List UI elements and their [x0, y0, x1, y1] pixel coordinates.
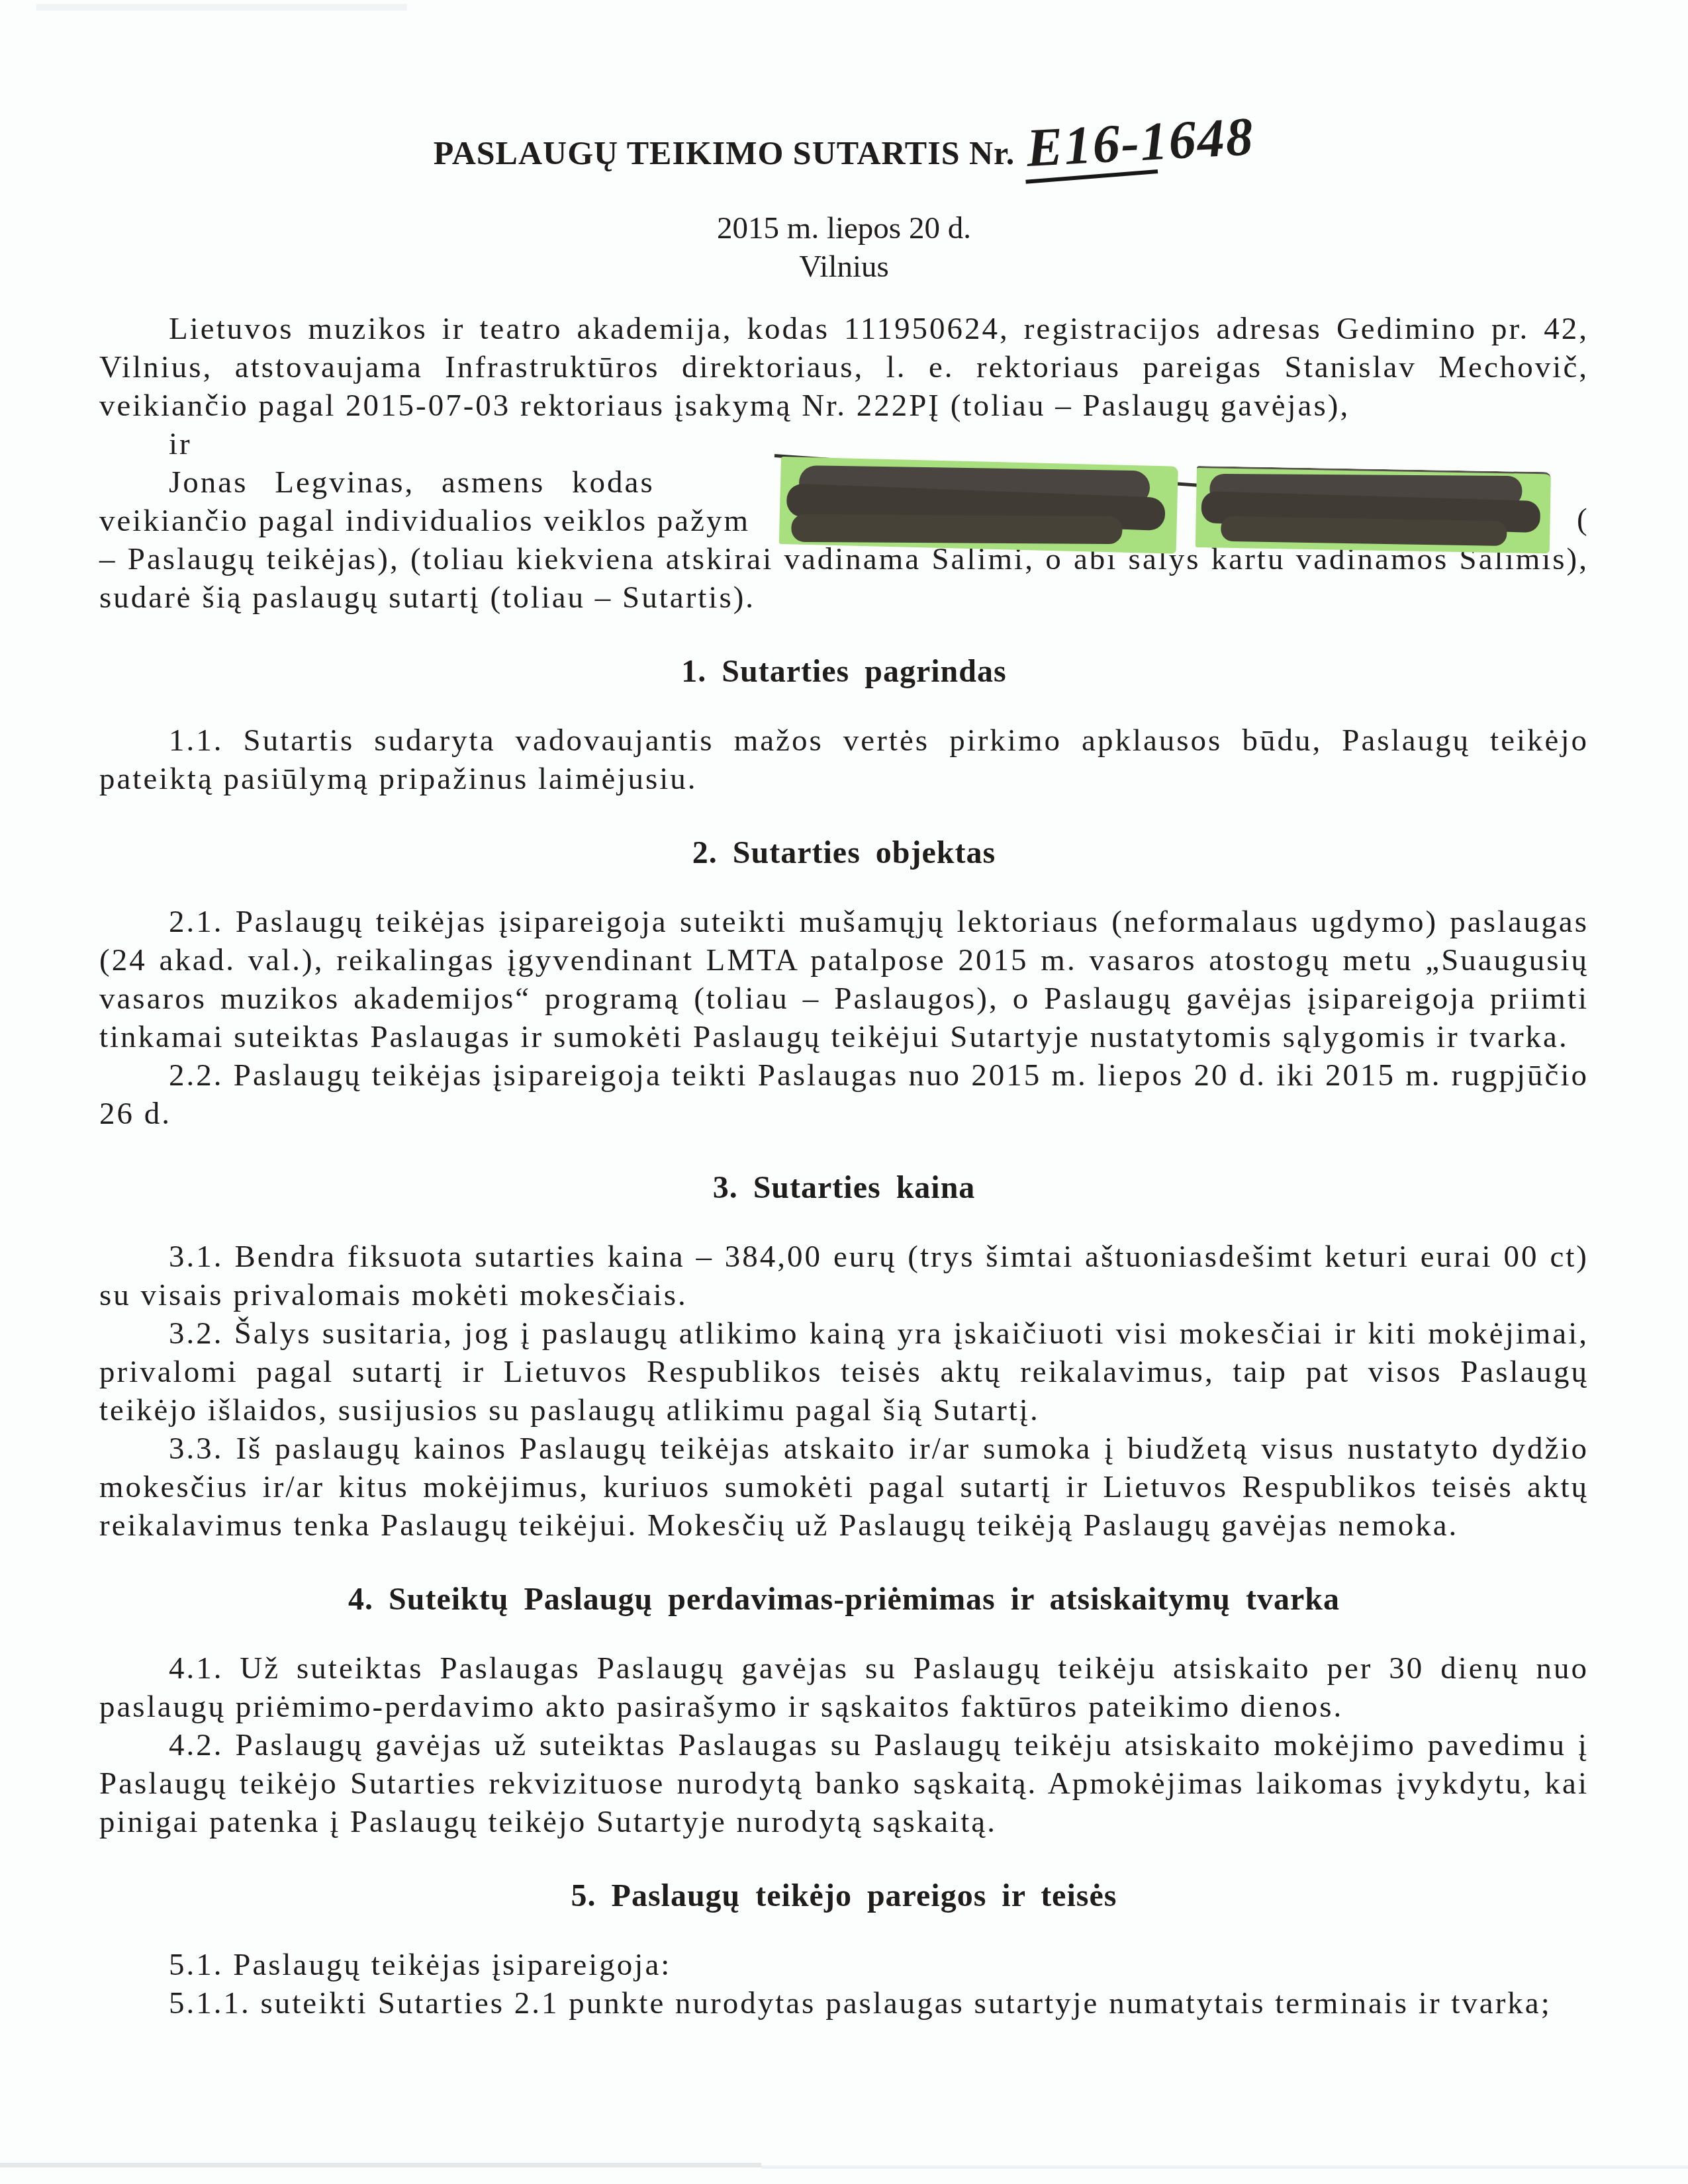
section-2-paragraph-2: 2.2. Paslaugų teikėjas įsipareigoja teik… — [99, 1056, 1589, 1133]
section-4: 4. Suteiktų Paslaugų perdavimas-priėmima… — [99, 1580, 1589, 1841]
section-3-paragraph-3: 3.3. Iš paslaugų kainos Paslaugų teikėja… — [99, 1430, 1589, 1545]
handwritten-contract-number: E16-1648 — [1025, 109, 1256, 175]
scan-artifact-top-edge — [36, 4, 407, 11]
section-5-heading: 5. Paslaugų teikėjo pareigos ir teisės — [99, 1877, 1589, 1915]
section-2-paragraph-1: 2.1. Paslaugų teikėjas įsipareigoja sute… — [99, 903, 1589, 1056]
section-5: 5. Paslaugų teikėjo pareigos ir teisės 5… — [99, 1877, 1589, 2023]
marker-stroke — [1221, 516, 1507, 547]
contract-page: PASLAUGŲ TEIKIMO SUTARTIS Nr. E16-1648 2… — [0, 0, 1688, 2184]
section-1: 1. Sutarties pagrindas 1.1. Sutartis sud… — [99, 653, 1589, 798]
document-city: Vilnius — [99, 248, 1589, 286]
section-3-paragraph-1: 3.1. Bendra fiksuota sutarties kaina – 3… — [99, 1238, 1589, 1314]
section-3: 3. Sutarties kaina 3.1. Bendra fiksuota … — [99, 1169, 1589, 1545]
document-title: PASLAUGŲ TEIKIMO SUTARTIS Nr. — [434, 134, 1015, 171]
section-1-heading: 1. Sutarties pagrindas — [99, 653, 1589, 691]
document-date: 2015 m. liepos 20 d. — [99, 209, 1589, 248]
party2-paragraph: Jonas Legvinas, asmens kodas veikiančio … — [99, 463, 1589, 617]
conjunction-line: ir — [99, 425, 1589, 463]
section-5-paragraph-1: 5.1. Paslaugų teikėjas įsipareigoja: — [99, 1946, 1589, 1984]
document-title-row: PASLAUGŲ TEIKIMO SUTARTIS Nr. E16-1648 — [99, 119, 1589, 180]
section-4-heading: 4. Suteiktų Paslaugų perdavimas-priėmima… — [99, 1580, 1589, 1619]
handwritten-number-text: E16-1648 — [1025, 106, 1256, 178]
section-3-paragraph-2: 3.2. Šalys susitaria, jog į paslaugų atl… — [99, 1314, 1589, 1430]
preamble: Lietuvos muzikos ir teatro akademija, ko… — [99, 310, 1589, 617]
party1-paragraph: Lietuvos muzikos ir teatro akademija, ko… — [99, 310, 1589, 425]
redaction-block-1 — [779, 457, 1178, 554]
scan-artifact-bottom-edge — [0, 2163, 761, 2167]
section-1-paragraph-1: 1.1. Sutartis sudaryta vadovaujantis maž… — [99, 721, 1589, 798]
section-5-paragraph-2: 5.1.1. suteikti Sutarties 2.1 punkte nur… — [99, 1984, 1589, 2023]
section-4-paragraph-1: 4.1. Už suteiktas Paslaugas Paslaugų gav… — [99, 1649, 1589, 1726]
redaction-block-2 — [1196, 466, 1551, 553]
party2-open-paren: ( — [1577, 500, 1589, 539]
section-3-heading: 3. Sutarties kaina — [99, 1169, 1589, 1207]
marker-stroke — [791, 514, 1122, 544]
section-2: 2. Sutarties objektas 2.1. Paslaugų teik… — [99, 834, 1589, 1133]
section-2-heading: 2. Sutarties objektas — [99, 834, 1589, 872]
scan-artifact-bottom-edge-2 — [761, 2165, 1688, 2169]
party2-rest: – Paslaugų teikėjas), (toliau kiekviena … — [99, 540, 1589, 617]
section-4-paragraph-2: 4.2. Paslaugų gavėjas už suteiktas Pasla… — [99, 1726, 1589, 1841]
